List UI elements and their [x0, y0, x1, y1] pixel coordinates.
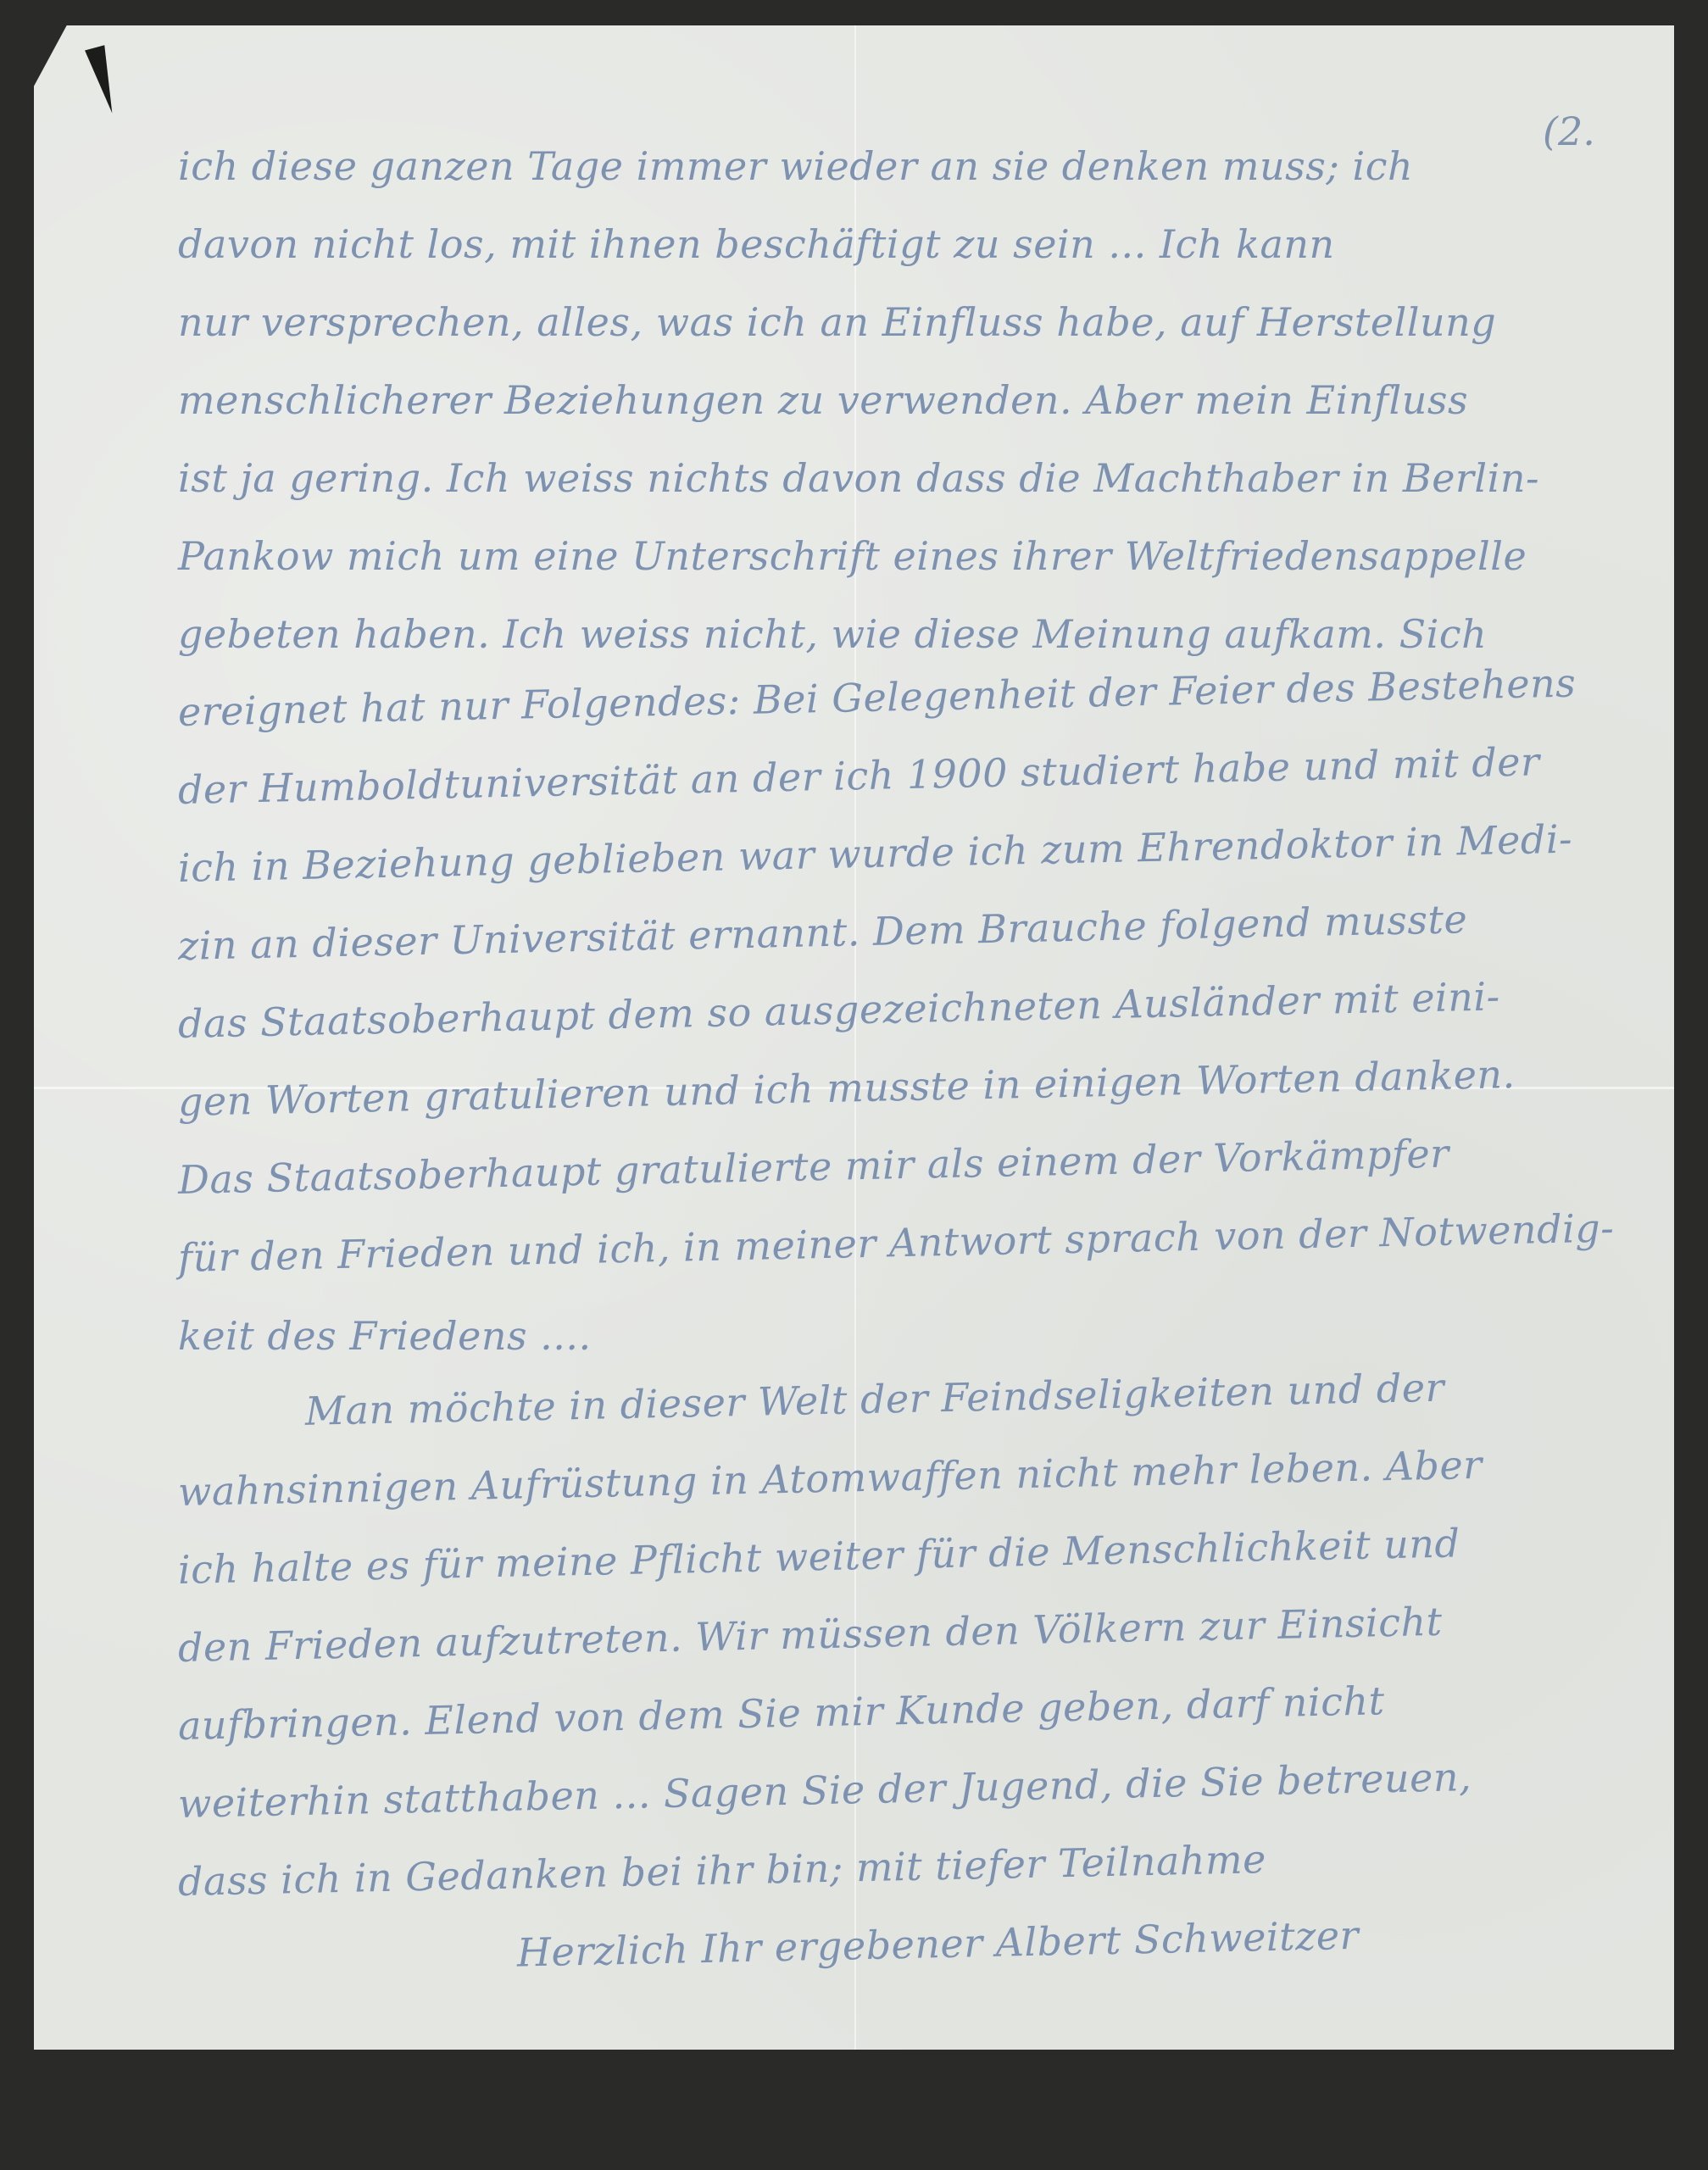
scanned-letter-page: (2. ich diese ganzen Tage immer wieder a… [0, 0, 1708, 2170]
letter-line: ich diese ganzen Tage immer wieder an si… [178, 127, 1636, 205]
letter-line: davon nicht los, mit ihnen beschäftigt z… [178, 205, 1636, 283]
letter-body: ich diese ganzen Tage immer wieder an si… [178, 127, 1636, 1999]
letter-line: nur versprechen, alles, was ich an Einfl… [178, 283, 1636, 361]
letter-line: menschlicherer Beziehungen zu verwenden.… [178, 361, 1636, 439]
letter-line: Pankow mich um eine Unterschrift eines i… [178, 517, 1636, 595]
letter-line: ist ja gering. Ich weiss nichts davon da… [178, 439, 1636, 517]
